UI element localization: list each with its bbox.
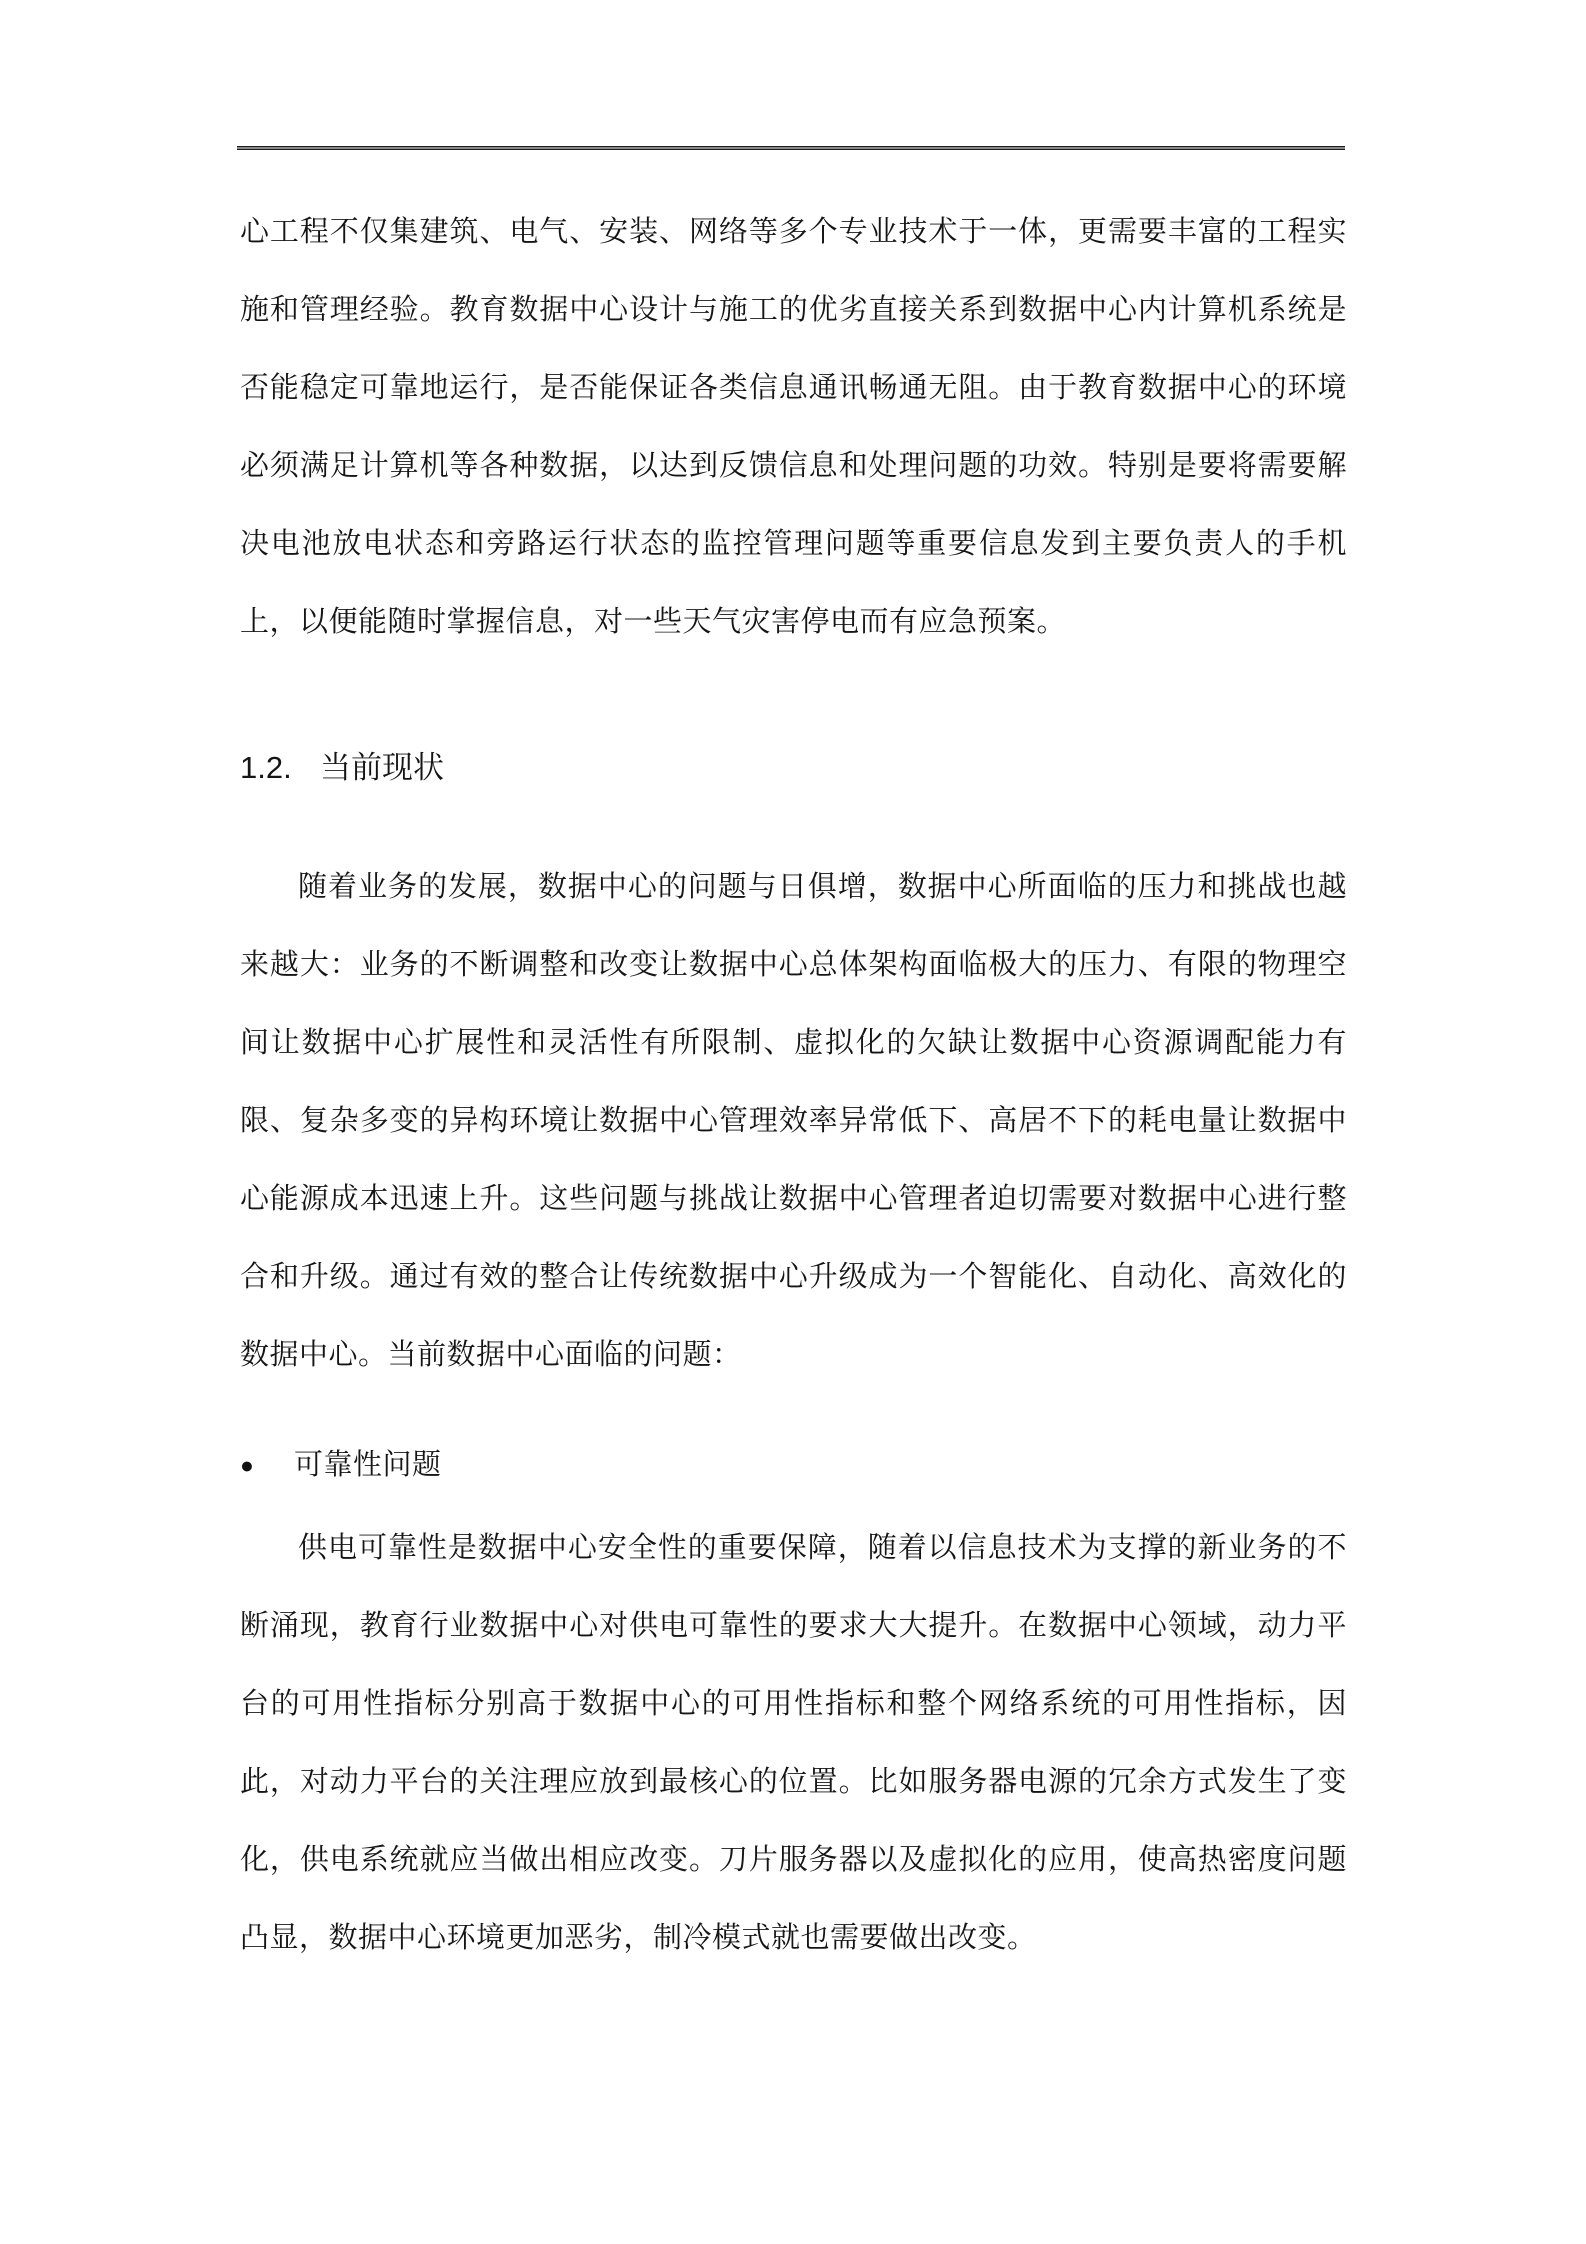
paragraph-reliability-detail: 供电可靠性是数据中心安全性的重要保障，随着以信息技术为支撑的新业务的不断涌现，教… bbox=[240, 1509, 1347, 1977]
bullet-icon: ● bbox=[240, 1426, 294, 1504]
bullet-label: 可靠性问题 bbox=[294, 1426, 442, 1504]
paragraph-current-status: 随着业务的发展，数据中心的问题与日俱增，数据中心所面临的压力和挑战也越来越大：业… bbox=[240, 848, 1347, 1394]
bullet-list-item: ● 可靠性问题 bbox=[240, 1426, 1347, 1504]
section-heading-title: 当前现状 bbox=[320, 750, 444, 785]
document-page: 心工程不仅集建筑、电气、安装、网络等多个专业技术于一体，更需要丰富的工程实施和管… bbox=[0, 0, 1586, 2244]
section-heading-number: 1.2. bbox=[240, 746, 320, 790]
section-heading: 1.2.当前现状 bbox=[240, 746, 1347, 790]
paragraph-intro-continuation: 心工程不仅集建筑、电气、安装、网络等多个专业技术于一体，更需要丰富的工程实施和管… bbox=[240, 193, 1347, 661]
header-rule bbox=[237, 146, 1345, 150]
